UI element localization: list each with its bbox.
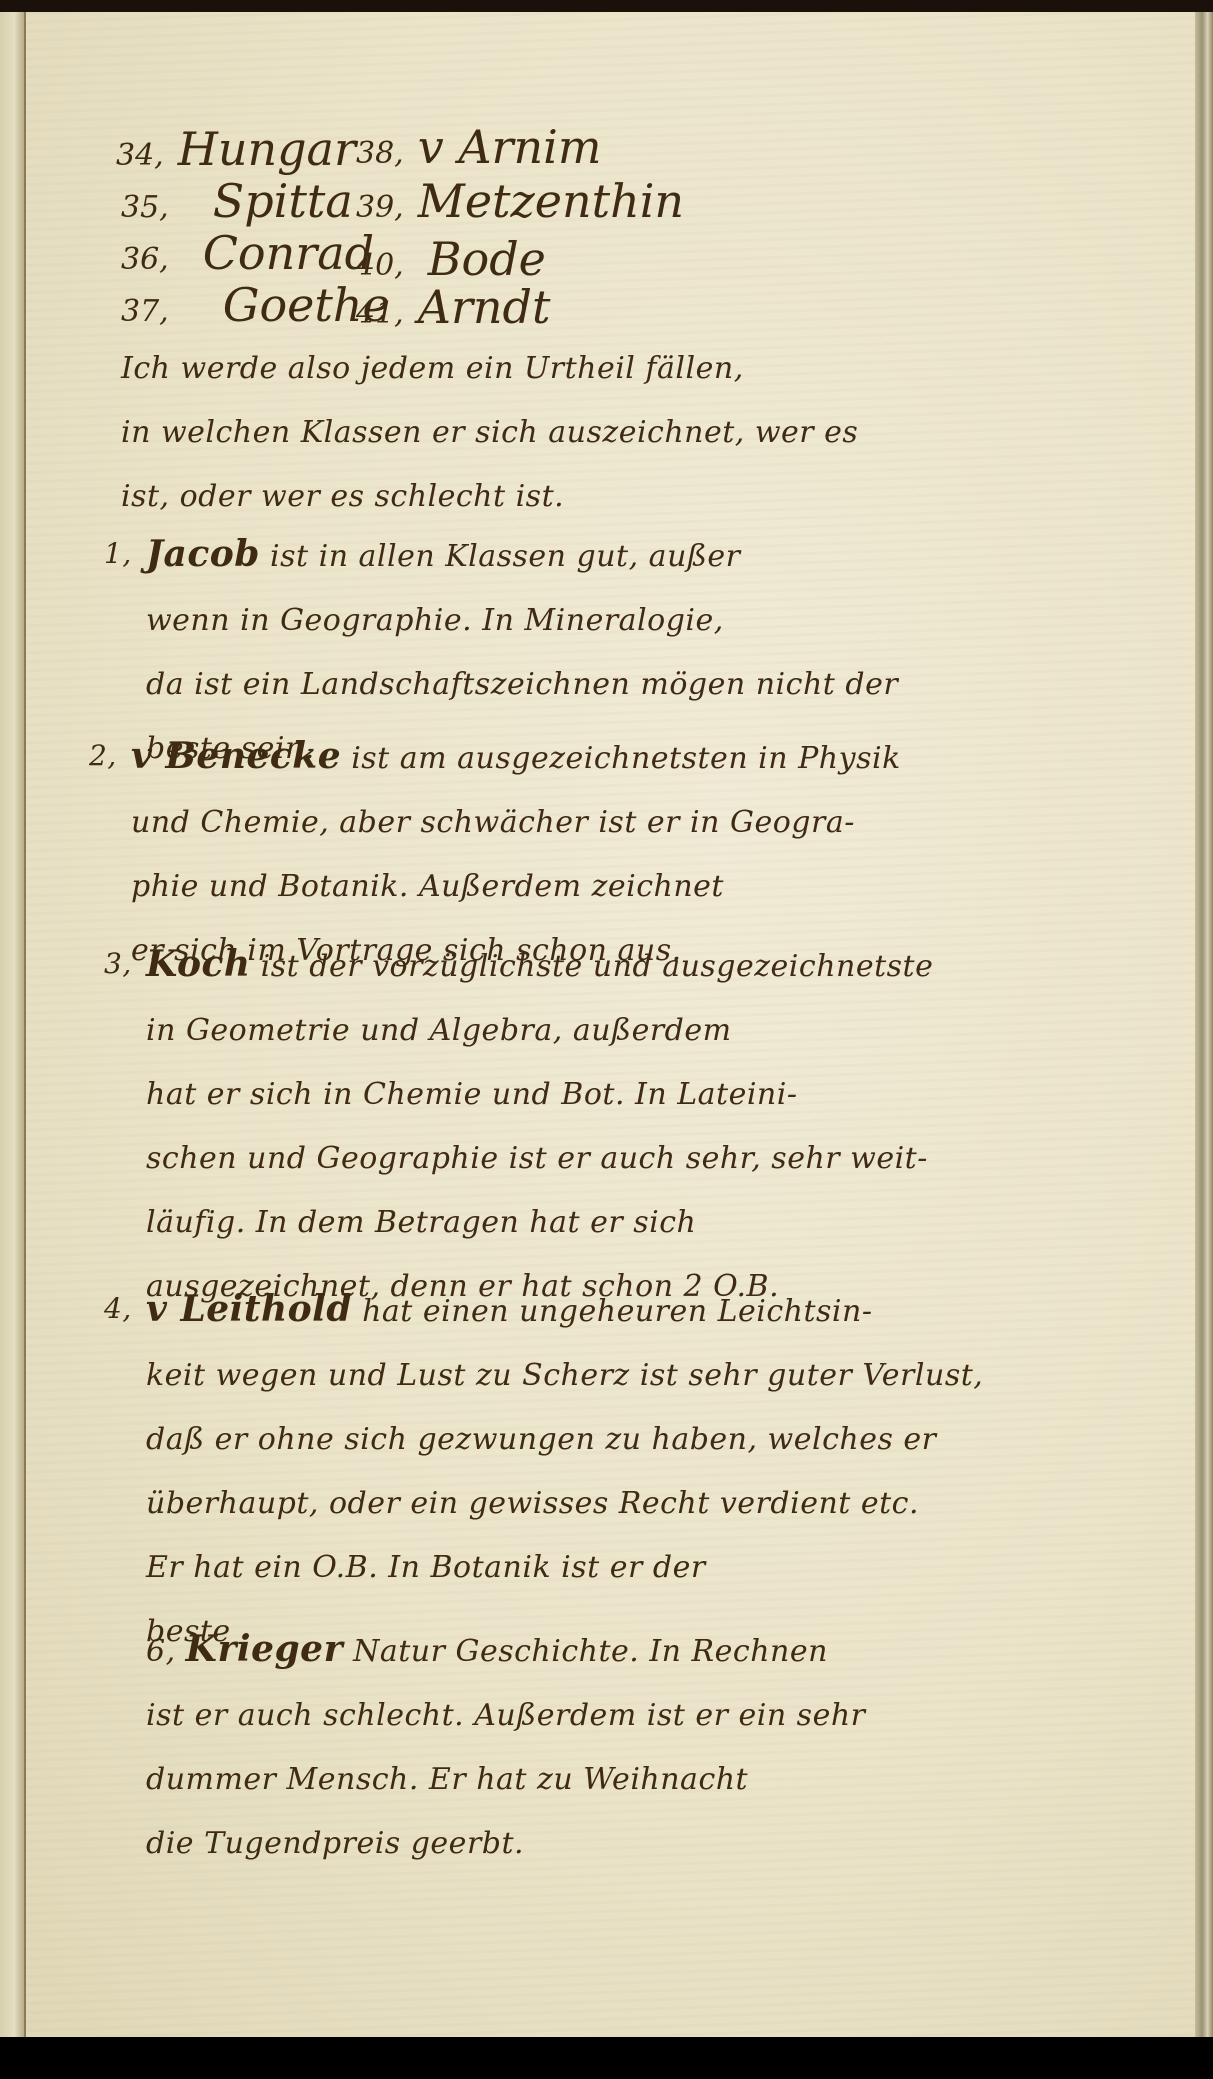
list-number: 37, bbox=[121, 294, 169, 329]
text-line: daß er ohne sich gezwungen zu haben, wel… bbox=[146, 1408, 876, 1472]
student-name: Conrad bbox=[203, 226, 374, 280]
page-right-edge bbox=[1195, 12, 1213, 2037]
entry-koch: 3, Koch ist der vorzüglichste und ausgez… bbox=[146, 932, 876, 1319]
list-item: 41, Arndt bbox=[356, 280, 551, 334]
list-item: 39, Metzenthin bbox=[356, 174, 684, 228]
entry-number: 3, bbox=[104, 932, 132, 996]
list-number: 39, bbox=[356, 190, 404, 225]
text-line: Er hat ein O.B. In Botanik ist er der bbox=[146, 1536, 876, 1600]
entry-name: Jacob bbox=[146, 533, 260, 575]
list-item: 35, Spitta bbox=[121, 174, 353, 228]
text-line: keit wegen und Lust zu Scherz ist sehr g… bbox=[146, 1344, 876, 1408]
text-line: und Chemie, aber schwächer ist er in Geo… bbox=[131, 791, 861, 855]
student-name: Metzenthin bbox=[418, 174, 684, 228]
list-item: 36, Conrad bbox=[121, 226, 374, 280]
text-line: Natur Geschichte. In Rechnen bbox=[353, 1634, 828, 1669]
list-number: 34, bbox=[116, 138, 164, 173]
entry-number: 4, bbox=[104, 1277, 132, 1341]
text-line: wenn in Geographie. In Mineralogie, bbox=[146, 589, 876, 653]
entry-name: v Benecke bbox=[131, 735, 341, 777]
entry-number: 2, bbox=[89, 724, 117, 788]
text-line: ist er auch schlecht. Außerdem ist er ei… bbox=[146, 1684, 876, 1748]
intro-paragraph: Ich werde also jedem ein Urtheil fällen,… bbox=[121, 337, 851, 529]
entry-name: Krieger bbox=[186, 1628, 343, 1670]
entry-number: 1, bbox=[104, 522, 132, 586]
text-line: ist, oder wer es schlecht ist. bbox=[121, 465, 851, 529]
list-item: 34, Hungar bbox=[116, 122, 356, 176]
student-name: v Arnim bbox=[418, 120, 602, 174]
text-line: dummer Mensch. Er hat zu Weihnacht bbox=[146, 1748, 876, 1812]
list-number: 35, bbox=[121, 190, 169, 225]
text-line: überhaupt, oder ein gewisses Recht verdi… bbox=[146, 1472, 876, 1536]
list-number: 38, bbox=[356, 136, 404, 171]
list-number: 36, bbox=[121, 242, 169, 277]
manuscript-page: 34, Hungar 35, Spitta 36, Conrad 37, Goe… bbox=[26, 12, 1196, 2037]
text-line: ist am ausgezeichnetsten in Physik bbox=[351, 741, 901, 776]
entry-number: 6, bbox=[146, 1634, 176, 1669]
text-line: schen und Geographie ist er auch sehr, s… bbox=[146, 1127, 876, 1191]
text-line: hat er sich in Chemie und Bot. In Latein… bbox=[146, 1063, 876, 1127]
text-line: in welchen Klassen er sich auszeichnet, … bbox=[121, 401, 851, 465]
list-item: 38, v Arnim bbox=[356, 120, 602, 174]
text-line: hat einen ungeheuren Leichtsin- bbox=[362, 1294, 872, 1329]
text-line: Ich werde also jedem ein Urtheil fällen, bbox=[121, 337, 851, 401]
facing-page-edge bbox=[0, 12, 26, 2037]
scan-bottom-edge bbox=[0, 2037, 1213, 2079]
text-line: die Tugendpreis geerbt. bbox=[146, 1812, 876, 1876]
student-name: Spitta bbox=[213, 174, 353, 228]
text-line: ist der vorzüglichste und ausgezeichnets… bbox=[261, 949, 934, 984]
student-name: Hungar bbox=[178, 122, 356, 176]
list-item: 37, Goethe bbox=[121, 278, 390, 332]
student-name: Arndt bbox=[418, 280, 551, 334]
student-name: Bode bbox=[428, 232, 546, 286]
text-line: da ist ein Landschaftszeichnen mögen nic… bbox=[146, 653, 876, 717]
entry-name: Koch bbox=[146, 943, 251, 985]
list-number: 40, bbox=[356, 248, 404, 283]
entry-krieger: 6, Krieger Natur Geschichte. In Rechnen … bbox=[146, 1617, 876, 1876]
text-line: phie und Botanik. Außerdem zeichnet bbox=[131, 855, 861, 919]
text-line: ist in allen Klassen gut, außer bbox=[270, 539, 741, 574]
entry-leithold: 4, v Leithold hat einen ungeheuren Leich… bbox=[146, 1277, 876, 1664]
list-item: 40, Bode bbox=[356, 232, 546, 286]
scan-top-edge bbox=[0, 0, 1213, 12]
list-number: 41, bbox=[356, 296, 404, 331]
text-line: läufig. In dem Betragen hat er sich bbox=[146, 1191, 876, 1255]
text-line: in Geometrie und Algebra, außerdem bbox=[146, 999, 876, 1063]
entry-name: v Leithold bbox=[146, 1288, 352, 1330]
